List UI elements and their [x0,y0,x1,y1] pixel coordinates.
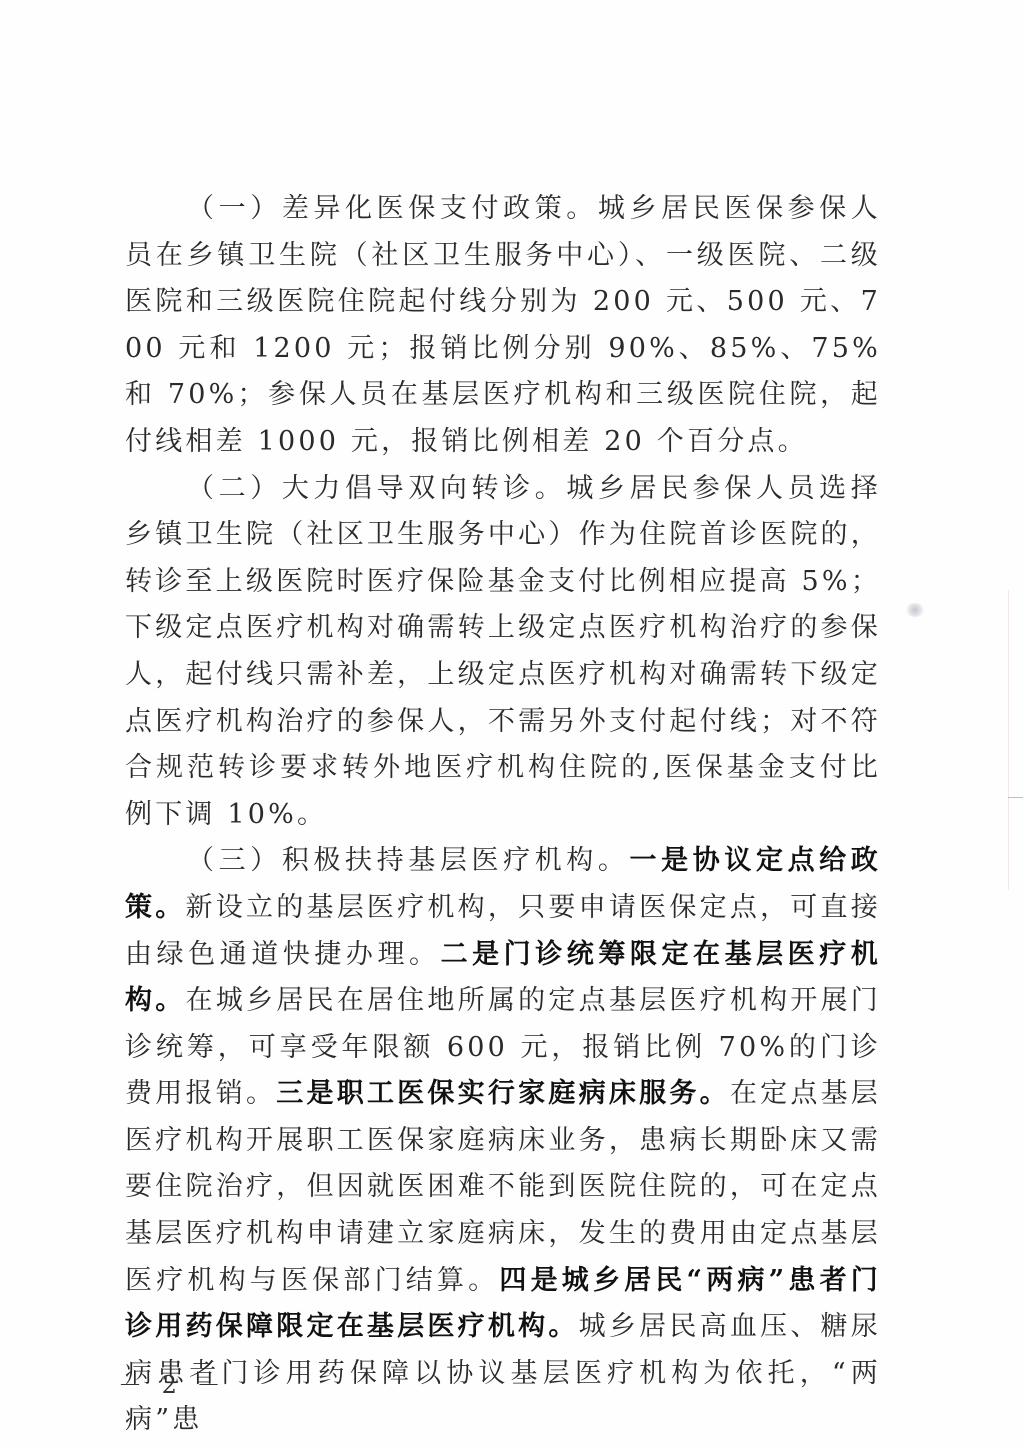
document-body: （一）差异化医保支付政策。城乡居民医保参保人员在乡镇卫生院（社区卫生服务中心）、… [125,186,881,1444]
scan-edge-mark [1008,797,1023,798]
paragraph-section-1: （一）差异化医保支付政策。城乡居民医保参保人员在乡镇卫生院（社区卫生服务中心）、… [125,186,881,466]
section-2-body: 城乡居民参保人员选择乡镇卫生院（社区卫生服务中心）作为住院首诊医院的，转诊至上级… [125,473,881,830]
document-page: （一）差异化医保支付政策。城乡居民医保参保人员在乡镇卫生院（社区卫生服务中心）、… [0,0,1023,1450]
section-3-point-3-title: 三是职工医保实行家庭病床服务。 [276,1078,730,1109]
section-3-heading: （三）积极扶持基层医疗机构。 [187,845,630,876]
scan-artifact-speck [905,603,925,617]
paragraph-section-2: （二）大力倡导双向转诊。城乡居民参保人员选择乡镇卫生院（社区卫生服务中心）作为住… [125,466,881,839]
section-3-point-3-body: 在定点基层医疗机构开展职工医保家庭病床业务，患病长期卧床又需要住院治疗，但因就医… [125,1078,881,1295]
page-number: － 2 － [118,1365,227,1400]
scan-edge-line [1008,590,1009,890]
paragraph-section-3: （三）积极扶持基层医疗机构。一是协议定点给政策。新设立的基层医疗机构，只要申请医… [125,838,881,1444]
section-1-heading: （一）差异化医保支付政策。 [187,193,598,224]
section-1-body: 城乡居民医保参保人员在乡镇卫生院（社区卫生服务中心）、一级医院、二级医院和三级医… [125,193,881,457]
section-2-heading: （二）大力倡导双向转诊。 [187,473,566,504]
